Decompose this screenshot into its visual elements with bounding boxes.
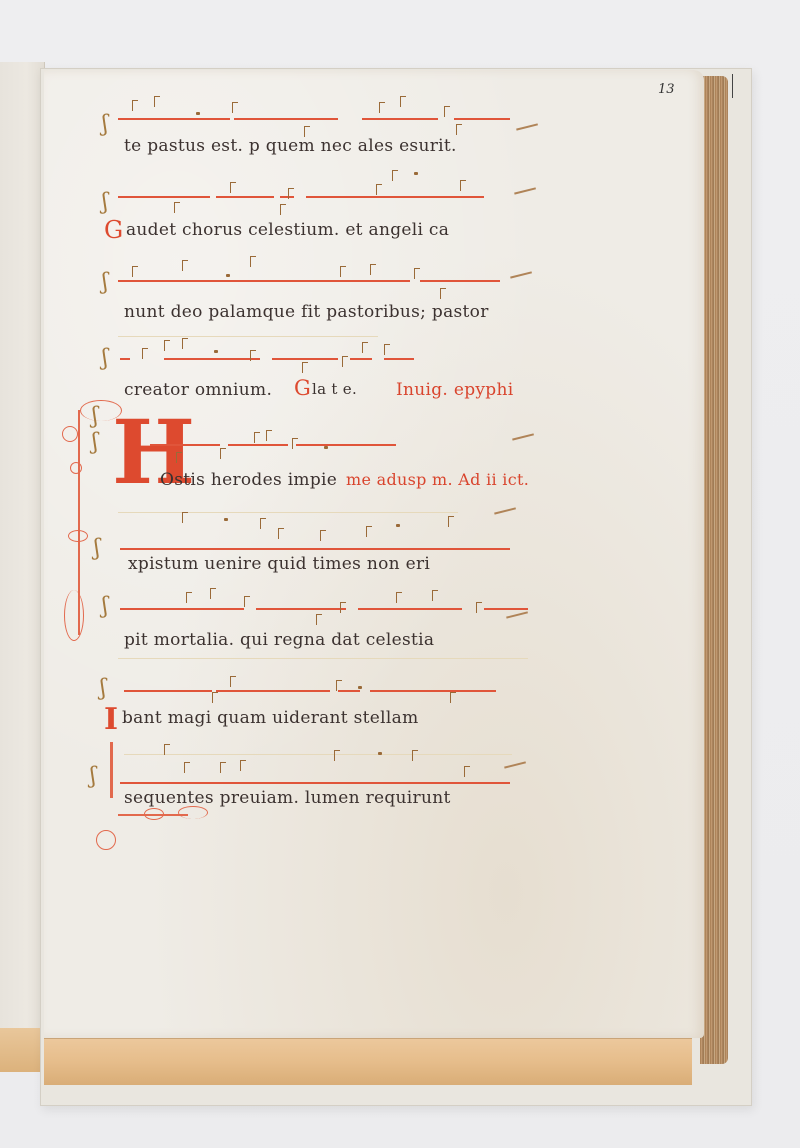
neume bbox=[174, 202, 180, 213]
neume bbox=[324, 446, 328, 449]
neume bbox=[278, 528, 284, 539]
neume bbox=[440, 288, 446, 299]
neume bbox=[230, 182, 236, 193]
neume bbox=[176, 452, 182, 463]
staff-line bbox=[120, 358, 130, 360]
staff-system-6: ʃ xpistum uenire quid times non eri bbox=[44, 510, 704, 590]
folio-number: 13 bbox=[658, 82, 675, 97]
ruling-line bbox=[118, 658, 528, 659]
staff-line bbox=[296, 444, 396, 446]
initial-I-stem bbox=[110, 742, 113, 798]
staff-line bbox=[420, 280, 500, 282]
neume bbox=[384, 344, 390, 355]
neume bbox=[260, 518, 266, 529]
neume bbox=[182, 512, 188, 523]
staff-system-9: ʃ sequentes preuiam. lumen requirunt bbox=[44, 742, 704, 822]
staff-line bbox=[358, 608, 462, 610]
neume bbox=[340, 602, 346, 613]
neume bbox=[366, 526, 372, 537]
neume bbox=[232, 102, 238, 113]
binding-leather-turnin bbox=[44, 1038, 692, 1085]
staff-line bbox=[216, 690, 330, 692]
edge-mark bbox=[732, 74, 733, 98]
neume bbox=[400, 96, 406, 107]
staff-line bbox=[118, 118, 230, 120]
rubric-text: me adusp m. Ad ii ict. bbox=[346, 470, 529, 489]
neume bbox=[460, 180, 466, 191]
f-clef-icon: ʃ bbox=[102, 192, 108, 214]
neume bbox=[142, 348, 148, 359]
staff-line bbox=[256, 608, 346, 610]
chant-abbreviation: la t e. bbox=[312, 380, 357, 398]
staff-system-1: ʃ te pastus est. p quem nec ales esurit. bbox=[44, 96, 704, 176]
staff-system-3: ʃ nunt deo palamque fit pastoribus; past… bbox=[44, 260, 704, 340]
neume bbox=[464, 766, 470, 777]
neume bbox=[292, 438, 298, 449]
neume bbox=[220, 448, 226, 459]
left-binding-turnin bbox=[0, 1028, 44, 1072]
staff-line bbox=[118, 196, 210, 198]
neume bbox=[214, 350, 218, 353]
staff-line bbox=[306, 196, 484, 198]
rubric-initial-I: I bbox=[104, 702, 118, 737]
neume bbox=[184, 762, 190, 773]
manuscript-page: 13 ʃ te pastus est. p quem nec ales esur… bbox=[44, 70, 704, 1038]
neume bbox=[250, 256, 256, 267]
neume bbox=[164, 744, 170, 755]
neume bbox=[340, 266, 346, 277]
staff-line bbox=[164, 358, 260, 360]
chant-text-line: audet chorus celestium. et angeli ca bbox=[126, 220, 449, 240]
neume bbox=[132, 100, 138, 111]
neume bbox=[186, 592, 192, 603]
staff-line bbox=[120, 782, 510, 784]
neume bbox=[378, 752, 382, 755]
staff-line bbox=[350, 358, 372, 360]
custos-icon bbox=[512, 433, 534, 440]
chant-text-line: Ostis herodes impie bbox=[160, 470, 337, 490]
neume bbox=[412, 750, 418, 761]
custos-icon bbox=[510, 271, 532, 278]
neume bbox=[240, 760, 246, 771]
neume bbox=[358, 686, 362, 689]
neume bbox=[182, 338, 188, 349]
neume bbox=[288, 188, 294, 199]
f-clef-icon: ʃ bbox=[102, 272, 108, 294]
neume bbox=[444, 106, 450, 117]
staff-system-2: ʃ G audet chorus celestium. et angeli ca bbox=[44, 176, 704, 256]
staff-line bbox=[484, 608, 528, 610]
neume bbox=[154, 96, 160, 107]
rubric-text: Inuig. epyphi bbox=[396, 380, 513, 400]
staff-line bbox=[228, 444, 288, 446]
staff-system-7: ʃ pit mortalia. qui regna dat celestia bbox=[44, 592, 704, 672]
neume bbox=[164, 340, 170, 351]
neume bbox=[316, 614, 322, 625]
f-clef-icon: ʃ bbox=[102, 348, 108, 370]
neume bbox=[224, 518, 228, 521]
staff-line bbox=[120, 548, 510, 550]
rubric-initial-G: G bbox=[104, 216, 123, 244]
f-clef-icon: ʃ bbox=[90, 766, 96, 788]
custos-icon bbox=[504, 761, 526, 768]
staff-line bbox=[120, 608, 244, 610]
neume bbox=[450, 692, 456, 703]
neume bbox=[182, 260, 188, 271]
neume bbox=[342, 356, 348, 367]
staff-system-5: ʃ ʃ Ostis herodes impie me adusp m. Ad i… bbox=[44, 426, 704, 506]
staff-line bbox=[216, 196, 274, 198]
chant-text-line: bant magi quam uiderant stellam bbox=[122, 708, 419, 728]
neume bbox=[320, 530, 326, 541]
custos-icon bbox=[516, 123, 538, 130]
neume bbox=[302, 362, 308, 373]
f-clef-icon: ʃ bbox=[102, 596, 108, 618]
f-clef-icon: ʃ bbox=[92, 432, 98, 454]
f-clef-icon: ʃ bbox=[94, 538, 100, 560]
neume bbox=[230, 676, 236, 687]
neume bbox=[132, 266, 138, 277]
f-clef-icon: ʃ bbox=[100, 678, 106, 700]
left-page-edge bbox=[0, 62, 45, 1062]
neume bbox=[370, 264, 376, 275]
neume bbox=[254, 432, 260, 443]
neume bbox=[362, 342, 368, 353]
staff-line bbox=[124, 690, 212, 692]
neume bbox=[396, 524, 400, 527]
neume bbox=[376, 184, 382, 195]
neume bbox=[244, 596, 250, 607]
neume bbox=[336, 680, 342, 691]
chant-text-line: te pastus est. p quem nec ales esurit. bbox=[124, 136, 457, 156]
custos-icon bbox=[514, 187, 536, 194]
neume bbox=[379, 102, 385, 113]
staff-line bbox=[384, 358, 414, 360]
flourish-scroll bbox=[96, 830, 116, 850]
neume bbox=[334, 750, 340, 761]
neume bbox=[280, 204, 286, 215]
ruling-line bbox=[118, 512, 458, 513]
flourish-scroll bbox=[178, 806, 208, 819]
neume bbox=[414, 268, 420, 279]
staff-line bbox=[370, 690, 496, 692]
neume bbox=[220, 762, 226, 773]
custos-icon bbox=[506, 611, 528, 618]
neume bbox=[250, 350, 256, 361]
neume bbox=[212, 692, 218, 703]
neume bbox=[226, 274, 230, 277]
staff-line bbox=[150, 444, 220, 446]
staff-line bbox=[362, 118, 438, 120]
chant-text-line: nunt deo palamque fit pastoribus; pastor bbox=[124, 302, 489, 322]
flourish-knot bbox=[144, 808, 164, 820]
neume bbox=[456, 124, 462, 135]
chant-text-line: xpistum uenire quid times non eri bbox=[128, 554, 430, 574]
neume bbox=[266, 430, 272, 441]
staff-line bbox=[234, 118, 338, 120]
neume bbox=[432, 590, 438, 601]
f-clef-icon: ʃ bbox=[92, 406, 98, 428]
f-clef-icon: ʃ bbox=[102, 114, 108, 136]
staff-line bbox=[454, 118, 510, 120]
neume bbox=[392, 170, 398, 181]
staff-line bbox=[118, 280, 410, 282]
neume bbox=[196, 112, 200, 115]
custos-icon bbox=[494, 507, 516, 514]
neume bbox=[448, 516, 454, 527]
neume bbox=[396, 592, 402, 603]
neume bbox=[414, 172, 418, 175]
neume bbox=[476, 602, 482, 613]
chant-text-line: creator omnium. bbox=[124, 380, 272, 400]
chant-text-line: pit mortalia. qui regna dat celestia bbox=[124, 630, 434, 650]
chant-text-line: sequentes preuiam. lumen requirunt bbox=[124, 788, 451, 808]
page-fore-edge bbox=[700, 76, 728, 1064]
neume bbox=[210, 588, 216, 599]
rubric-initial-G: G bbox=[294, 376, 311, 400]
staff-line bbox=[272, 358, 338, 360]
ruling-line bbox=[124, 754, 512, 755]
